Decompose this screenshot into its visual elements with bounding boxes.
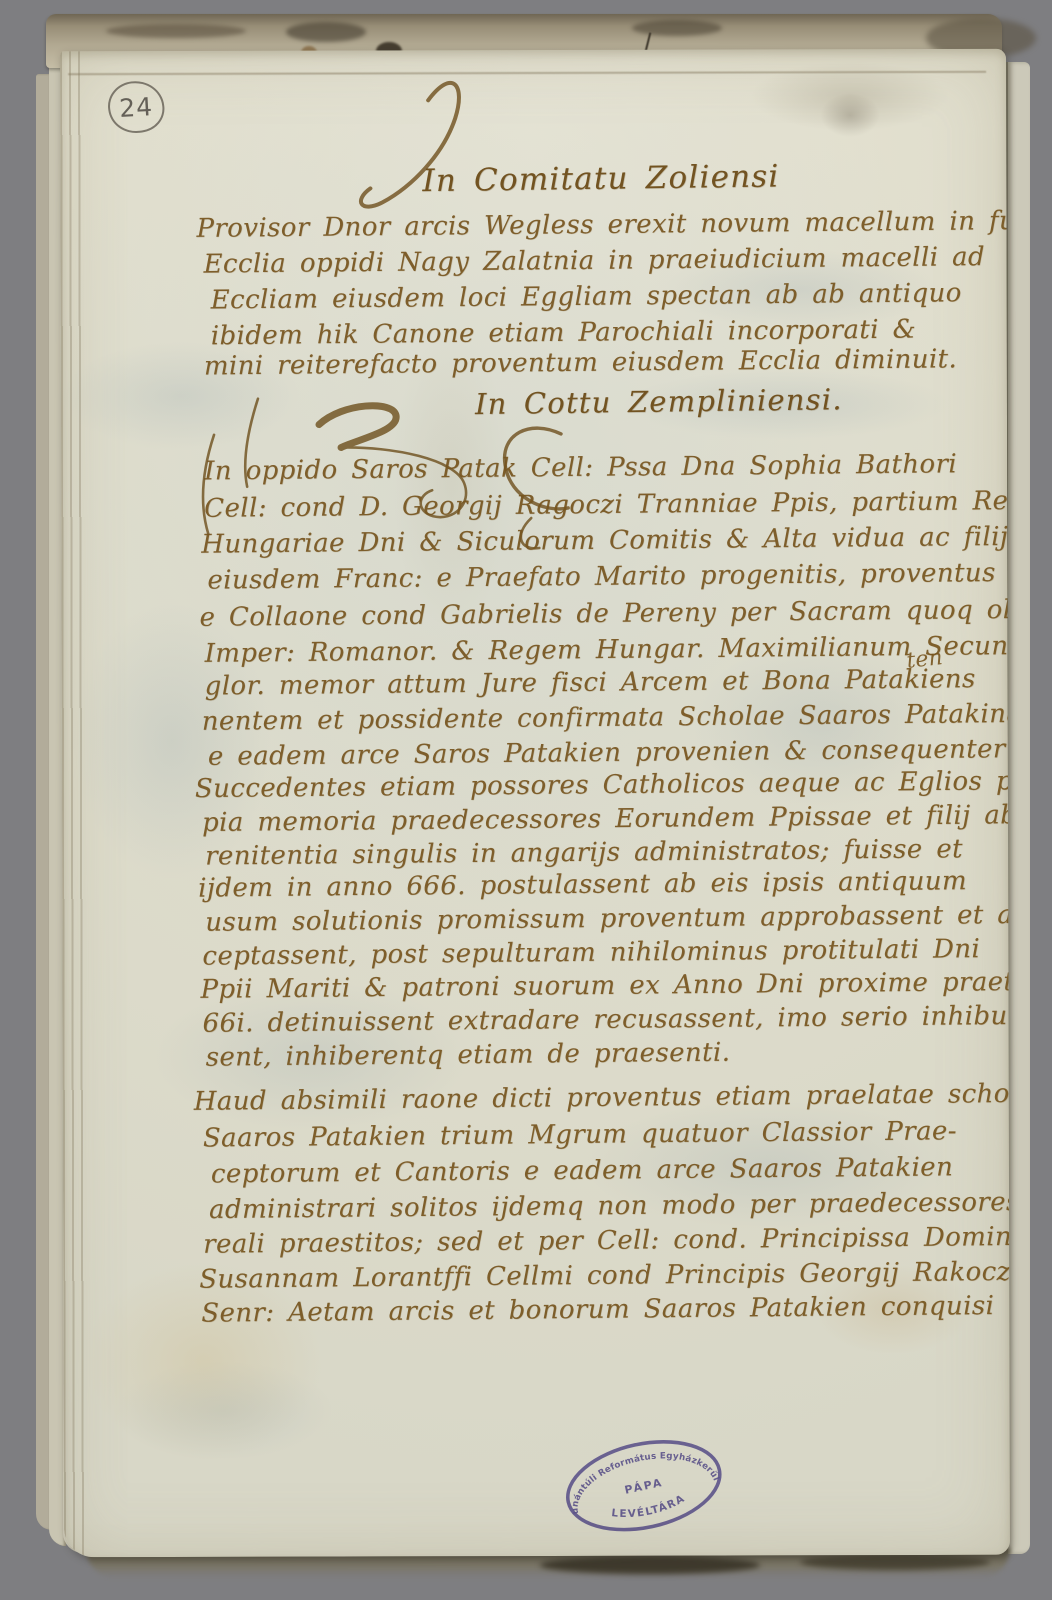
page-shadow [800,1554,990,1570]
manuscript-line: renitentia singulis in angarijs administ… [205,836,963,871]
manuscript-line: administrari solitos ijdemq non modo per… [209,1188,1010,1224]
manuscript-line: In oppido Saros Patak Cell: Pssa Dna Sop… [204,451,957,486]
archive-stamp: Dunántúli Református Egyházkerület PÁPA … [552,1421,736,1550]
manuscript-line: Succedentes etiam possores Catholicos ae… [195,767,1010,803]
manuscript-line: Provisor Dnor arcis Wegless erexit novum… [196,208,1010,244]
folio-number-circle: 24 [105,78,167,137]
section-heading-zemplen: In Cottu Zempliniensi. [475,385,843,419]
scanned-manuscript-page: 24 In Comitatu Zoliensi Provisor Dnor ar… [0,0,1052,1600]
folio-number: 24 [118,92,153,123]
manuscript-line: sent, inhiberentq etiam de praesenti. [206,1040,731,1072]
archive-stamp-oval: Dunántúli Református Egyházkerület PÁPA … [552,1421,736,1550]
manuscript-line: Hungariae Dni & Siculorum Comitis & Alta… [201,524,1008,559]
manuscript-line: reali praestitos; sed et per Cell: cond.… [203,1224,1010,1259]
manuscript-line: ceptassent, post sepulturam nihilominus … [202,936,980,971]
manuscript-line: pia memoria praedecessores Eorundem Ppis… [202,801,1010,837]
section-heading-zolyom: In Comitatu Zoliensi [422,161,780,197]
margin-word: ten [906,647,944,673]
manuscript-line: usum solutionis promissum proventum appr… [205,902,1010,937]
manuscript-page: 24 In Comitatu Zoliensi Provisor Dnor ar… [60,49,1010,1557]
manuscript-line: Cell: cond D. Georgij Ragoczi Tranniae P… [204,488,1010,523]
paper-blotch [632,20,722,36]
manuscript-line: Ppii Mariti & patroni suorum ex Anno Dni… [200,969,1010,1004]
paper-stain [820,93,880,137]
manuscript-line: e Collaone cond Gabrielis de Pereny per … [199,597,1010,632]
paper-blotch [286,22,366,42]
underlying-page-edge [1006,62,1030,1554]
paper-blotch [106,24,246,38]
stamp-arc-text: Dunántúli Református Egyházkerület [552,1421,722,1518]
manuscript-line: 66i. detinuissent extradare recusassent,… [202,1003,1010,1038]
manuscript-line: Haud absimili raone dicti proventus etia… [194,1081,1010,1116]
stamp-center-text: PÁPA [623,1476,664,1497]
manuscript-line: eiusdem Franc: e Praefato Marito progeni… [207,560,996,595]
flourish-bold-curl [319,406,396,448]
page-shadow [540,1556,760,1574]
svg-text:Dunántúli Református Egyházker: Dunántúli Református Egyházkerület [552,1421,722,1518]
manuscript-line: ijdem in anno 666. postulassent ab eis i… [198,868,967,903]
